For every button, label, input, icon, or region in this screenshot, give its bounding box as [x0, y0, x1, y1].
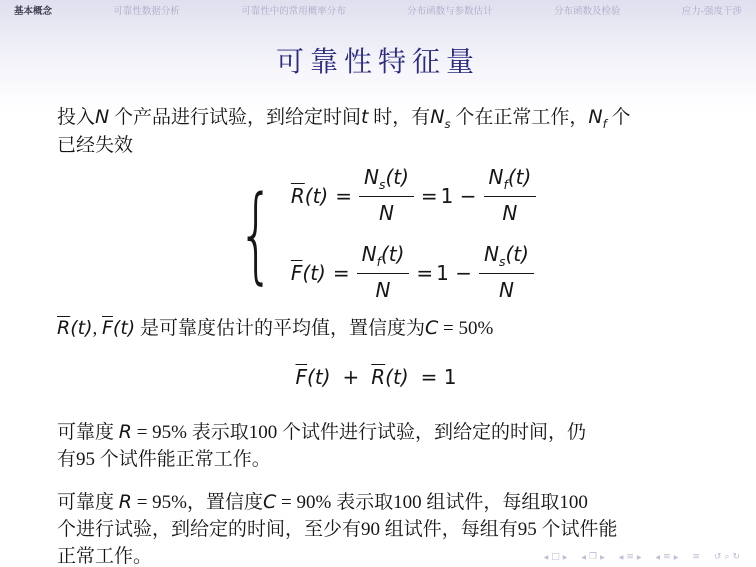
equation-system: { R(t) = Ns(t) N = 1 − Nf(t) N — [57, 163, 702, 305]
one-minus: 1 − — [441, 182, 477, 210]
intro-text: 个产品进行试验，到给定时间 — [109, 107, 361, 128]
of-t: (t) — [508, 165, 531, 189]
text: 正常工作。 — [57, 546, 152, 567]
var-N: N — [364, 165, 379, 189]
denominator: N — [359, 196, 414, 228]
equals-one-minus: = — [416, 259, 433, 287]
var-F-bar: F — [291, 259, 303, 287]
denominator: N — [484, 196, 537, 228]
var-N: N — [484, 242, 499, 266]
nav-item-distribution-tests[interactable]: 分布函数及检验 — [554, 3, 621, 17]
var-R-bar: R — [371, 365, 385, 389]
text: 可靠度 — [57, 492, 119, 513]
frame-icon[interactable]: ❐ — [589, 552, 597, 562]
intro-text: 个在正常工作， — [451, 107, 589, 128]
var-Ns: N — [430, 106, 444, 128]
slide-content: 投入N 个产品进行试验，到给定时间t 时，有Ns 个在正常工作，Nf 个已经失效… — [57, 104, 702, 567]
search-icon[interactable]: ⌕ — [724, 552, 729, 562]
var-F-bar: F — [102, 317, 113, 339]
average-value-line: R(t), F(t) 是可靠度估计的平均值，置信度为C = 50% — [57, 315, 702, 343]
var-C: C — [425, 317, 438, 339]
one-minus: 1 − — [436, 259, 472, 287]
fraction-Ns-over-N: Ns(t) N — [359, 163, 414, 228]
prev-section-icon[interactable]: ◀ — [656, 554, 661, 561]
var-R: R — [119, 421, 132, 443]
intro-text: 投入 — [57, 107, 95, 128]
equals-sign: = — [333, 259, 350, 287]
of-t: (t) — [305, 182, 328, 210]
text: = 90% 表示取100 组试件，每组取100 — [276, 492, 588, 513]
var-N: N — [489, 165, 504, 189]
of-t: (t) — [70, 317, 92, 339]
text: 可靠度 — [57, 422, 119, 443]
back-icon[interactable]: ↺ — [714, 552, 722, 562]
var-N: N — [95, 106, 109, 128]
var-N: N — [362, 242, 377, 266]
var-N: N — [376, 278, 391, 302]
prev-frame-icon[interactable]: ◀ — [581, 554, 586, 561]
nav-item-stress-strength-interference[interactable]: 应力-强度干涉 — [682, 3, 742, 17]
nav-item-common-probability-distributions[interactable]: 可靠性中的常用概率分布 — [241, 3, 346, 17]
equals-one-minus: = — [421, 182, 438, 210]
equation-F: F(t) = Nf(t) N = 1 − Ns(t) N — [291, 240, 536, 305]
fraction-Nf-over-N: Nf(t) N — [357, 240, 410, 305]
plus-sign: + — [343, 365, 360, 389]
fraction-Ns-over-N: Ns(t) N — [479, 240, 534, 305]
intro-paragraph: 投入N 个产品进行试验，到给定时间t 时，有Ns 个在正常工作，Nf 个已经失效 — [57, 104, 702, 159]
appendix-icon[interactable]: ≡ — [692, 552, 700, 562]
of-t: (t) — [505, 242, 528, 266]
var-R-bar: R — [57, 317, 70, 339]
next-subsection-icon[interactable]: ▶ — [637, 554, 642, 561]
text: = 95% 表示取100 个试件进行试验，到给定的时间，仍 — [132, 422, 586, 443]
subsection-nav-group: ◀ ≡ ▶ — [619, 552, 642, 562]
section-icon[interactable]: ≡ — [663, 552, 671, 562]
intro-text: 个 — [607, 107, 631, 128]
text: 个进行试验，到给定的时间，至少有90 组试件，每组有95 个试件能 — [57, 519, 618, 540]
var-N: N — [379, 201, 394, 225]
reliability-example-paragraph: 可靠度 R = 95% 表示取100 个试件进行试验，到给定的时间，仍有95 个… — [57, 419, 702, 474]
section-nav: 基本概念 可靠性数据分析 可靠性中的常用概率分布 分布函数与参数估计 分布函数及… — [0, 3, 756, 17]
of-t: (t) — [302, 259, 325, 287]
equation-R: R(t) = Ns(t) N = 1 − Nf(t) N — [291, 163, 536, 228]
var-R: R — [119, 491, 132, 513]
text: 有95 个试件能正常工作。 — [57, 449, 271, 470]
denominator: N — [479, 273, 534, 305]
of-t: (t) — [381, 242, 404, 266]
slide: 基本概念 可靠性数据分析 可靠性中的常用概率分布 分布函数与参数估计 分布函数及… — [0, 0, 756, 567]
of-t: (t) — [113, 317, 135, 339]
prev-subsection-icon[interactable]: ◀ — [619, 554, 624, 561]
var-R-bar: R — [291, 182, 305, 210]
sum-equation: F(t) + R(t) = 1 — [57, 363, 702, 392]
numerator: Nf(t) — [357, 240, 410, 273]
intro-text: 已经失效 — [57, 135, 133, 156]
numerator: Ns(t) — [479, 240, 534, 273]
text: = 95%，置信度 — [132, 492, 263, 513]
nav-item-distribution-parameter-estimation[interactable]: 分布函数与参数估计 — [407, 3, 493, 17]
frame-nav-group: ◀ ❐ ▶ — [581, 552, 604, 562]
slide-nav-group: ◀ □ ▶ — [544, 552, 568, 562]
slide-icon[interactable]: □ — [551, 552, 560, 562]
of-t: (t) — [307, 365, 330, 389]
next-frame-icon[interactable]: ▶ — [600, 554, 605, 561]
text: , — [92, 318, 102, 339]
equals-sign: = — [335, 182, 352, 210]
equation-rows: R(t) = Ns(t) N = 1 − Nf(t) N F(t) = — [291, 163, 536, 305]
subsection-icon[interactable]: ≡ — [626, 552, 634, 562]
nav-item-basic-concepts[interactable]: 基本概念 — [14, 3, 52, 17]
equals-one: = 1 — [421, 365, 457, 389]
navigation-symbols: ◀ □ ▶ ◀ ❐ ▶ ◀ ≡ ▶ ◀ ≡ ▶ ≡ ↺ ⌕ ↻ — [544, 552, 740, 562]
nav-item-reliability-data-analysis[interactable]: 可靠性数据分析 — [113, 3, 180, 17]
prev-slide-icon[interactable]: ◀ — [544, 554, 549, 561]
numerator: Ns(t) — [359, 163, 414, 196]
of-t: (t) — [385, 365, 408, 389]
text: 是可靠度估计的平均值，置信度为 — [135, 318, 425, 339]
forward-icon[interactable]: ↻ — [732, 552, 740, 562]
text: = 50% — [438, 318, 493, 339]
intro-text: 时，有 — [368, 107, 430, 128]
slide-title: 可靠性特征量 — [0, 40, 756, 80]
history-group: ↺ ⌕ ↻ — [714, 552, 740, 562]
var-N: N — [499, 278, 514, 302]
section-nav-group: ◀ ≡ ▶ — [656, 552, 679, 562]
denominator: N — [357, 273, 410, 305]
var-Nf: N — [588, 106, 602, 128]
var-C: C — [263, 491, 276, 513]
appendix-group: ≡ — [692, 552, 700, 562]
fraction-Nf-over-N: Nf(t) N — [484, 163, 537, 228]
next-slide-icon[interactable]: ▶ — [563, 554, 568, 561]
next-section-icon[interactable]: ▶ — [674, 554, 679, 561]
numerator: Nf(t) — [484, 163, 537, 196]
left-brace: { — [238, 185, 274, 284]
var-N: N — [502, 201, 517, 225]
var-F-bar: F — [296, 365, 308, 389]
of-t: (t) — [385, 165, 408, 189]
